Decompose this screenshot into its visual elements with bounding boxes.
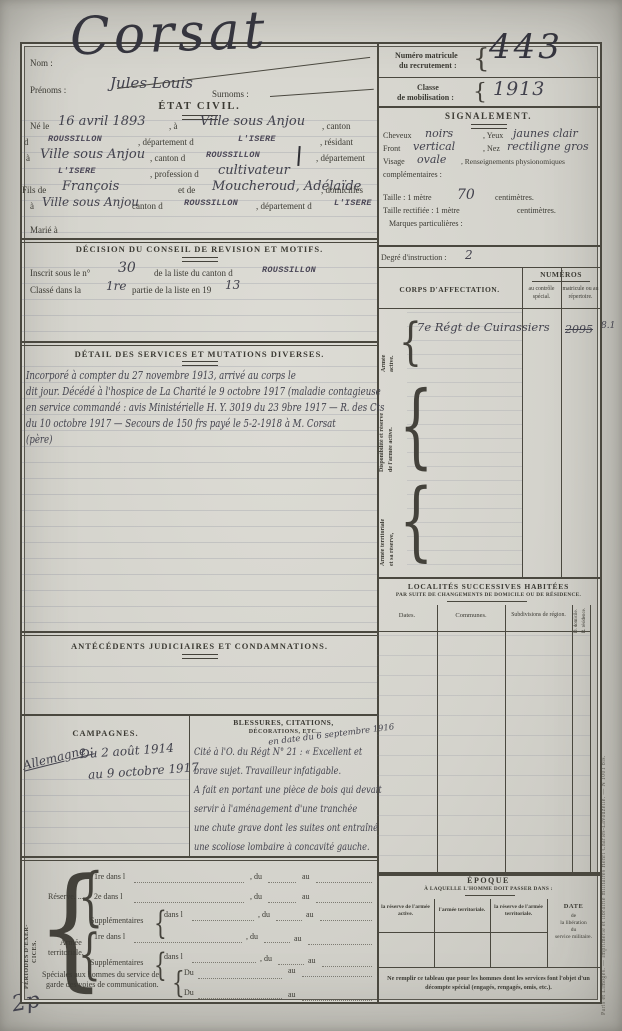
corps-affectation-section: NUMÉROS au contrôle spécial. matricule o… <box>377 268 600 579</box>
yeux-label: , Yeux <box>483 132 503 140</box>
canton-d-label: , canton d <box>150 154 185 163</box>
rule-line <box>270 89 374 97</box>
residant-label: , résidant <box>320 138 353 147</box>
decision-section: DÉCISION DU CONSEIL DE REVISION ET MOTIF… <box>22 243 377 342</box>
services-line: du 10 octobre 1917 — Secours de 150 frs … <box>26 418 336 429</box>
birth-date: 16 avril 1893 <box>58 115 146 128</box>
brace-icon: { <box>399 380 433 472</box>
signalement-section: SIGNALEMENT. Cheveux noirs , Yeux jaunes… <box>377 108 600 247</box>
reserve-2e-label: 2e dans l <box>94 893 122 901</box>
campagnes-section: CAMPAGNES. Allemagne : Du 2 août 1914 au… <box>22 715 190 857</box>
dans-l-label-2: dans l <box>164 953 183 961</box>
visage-value: ovale <box>417 154 446 165</box>
instruction-section: Degré d'instruction : 2 <box>377 247 600 268</box>
dans-l-label: dans l <box>164 911 183 919</box>
a-label: , à <box>169 122 178 131</box>
dotted-line <box>302 975 372 977</box>
canton-label: , canton <box>322 122 351 131</box>
au-label: au <box>294 935 302 943</box>
corps-entry: 7e Régt de Cuirassiers <box>417 322 550 334</box>
du-label: , du <box>250 893 262 901</box>
date-liberation-header-3: la libération <box>547 921 600 927</box>
table-header-divider <box>377 631 590 632</box>
dotted-line <box>134 941 242 943</box>
printer-imprint: Paris et Limoges. — Imprimerie et librai… <box>602 545 608 1015</box>
dotted-line <box>308 943 372 945</box>
table-column-divider <box>590 605 591 872</box>
marques-label: Marques particulières : <box>389 220 463 228</box>
cheveux-label: Cheveux <box>383 132 411 140</box>
date-liberation-header-1: DATE <box>547 904 600 911</box>
campagne-periode-debut: Du 2 août 1914 <box>80 742 175 761</box>
instruction-label: Degré d'instruction : <box>381 254 446 262</box>
section-top-border <box>377 874 600 876</box>
brace-icon: { <box>473 46 490 72</box>
dotted-line <box>198 977 282 979</box>
residence-place: Ville sous Anjou <box>40 148 145 161</box>
nom-label: Nom : <box>30 59 53 68</box>
nez-label: , Nez <box>483 145 500 153</box>
inscrit-label: Inscrit sous le n° <box>30 269 90 278</box>
inscrit-numero: 30 <box>118 261 136 275</box>
numero-matricule-label-1: Numéro matricule <box>395 52 458 60</box>
classe-suite-label: partie de la liste en 19 <box>132 286 211 295</box>
birth-place: Ville sous Anjou <box>200 115 305 128</box>
epoque-section: ÉPOQUE À LAQUELLE L'HOMME DOIT PASSER DA… <box>377 874 600 1002</box>
epoque-note: Ne remplir ce tableau que pour les homme… <box>383 974 594 993</box>
brace-icon: { <box>172 967 185 997</box>
territoriale-1re-label: 1re dans l <box>94 933 125 941</box>
visage-label: Visage <box>383 158 405 166</box>
ruled-lines <box>377 635 590 871</box>
numeros-header: NUMÉROS <box>522 271 600 279</box>
periodes-section: PÉRIODES D'EXER- CICES. { { Réserve. ...… <box>22 861 377 1002</box>
controle-special-header: au contrôle spécial. <box>523 286 560 302</box>
citation-line: une scoliose lombaire à concavité gauche… <box>194 843 370 853</box>
table-column-divider <box>522 268 523 577</box>
classe-partie: 1re <box>106 280 126 292</box>
au-label: au <box>302 893 310 901</box>
liste-canton-stamp: ROUSSILLON <box>262 266 316 275</box>
matricule-raye: 2095 <box>565 324 593 335</box>
campagnes-title: CAMPAGNES. <box>72 729 138 738</box>
numero-matricule-value: 443 <box>489 30 563 64</box>
header-swash <box>532 281 590 282</box>
title-underline <box>471 124 507 129</box>
du-label: , du <box>258 911 270 919</box>
territoriale-reserve-label: Armée territoriale <box>380 480 386 566</box>
decision-title: DÉCISION DU CONSEIL DE REVISION ET MOTIF… <box>76 245 324 254</box>
header-swash <box>447 601 527 602</box>
title-underline <box>182 361 218 366</box>
liste-canton-label: de la liste du canton d <box>154 269 233 278</box>
table-header-divider <box>377 932 547 933</box>
brace-icon: { <box>399 318 422 368</box>
speciales-label-1: Spéciales aux hommes du service de <box>42 971 159 979</box>
prenoms-value: Jules Louis <box>110 76 193 91</box>
taille-label: Taille : 1 mètre <box>383 194 432 202</box>
classe-value: 1913 <box>493 80 545 99</box>
epoque-title: ÉPOQUE <box>467 877 510 885</box>
au-label: au <box>288 991 296 999</box>
periodes-side-label: PÉRIODES D'EXER- <box>24 877 30 989</box>
dotted-line <box>264 941 290 943</box>
departement-d-label-2: , département d <box>256 202 312 211</box>
birth-departement-stamp: L'ISERE <box>238 135 276 144</box>
brace-icon: { <box>473 82 487 104</box>
surnoms-label: Surnoms : <box>212 90 249 99</box>
dotted-line <box>322 965 372 967</box>
numero-matricule-label-2: du recrutement : <box>399 62 457 70</box>
territoriale-label-2: territoriale. <box>48 949 84 957</box>
dotted-line <box>192 919 254 921</box>
domicile-place: Ville sous Anjou <box>42 196 139 208</box>
birth-canton-stamp: ROUSSILLON <box>48 135 102 144</box>
title-underline <box>182 257 218 262</box>
services-line: dit jour. Décédé à l'hospice de La Chari… <box>26 386 381 397</box>
nom-value: Corsat <box>69 5 269 64</box>
etat-civil-title: ÉTAT CIVIL. <box>158 102 240 113</box>
title-underline <box>182 654 218 659</box>
armee-active-label: Armée <box>381 326 387 372</box>
antecedents-section: ANTÉCÉDENTS JUDICIAIRES ET CONDAMNATIONS… <box>22 636 377 714</box>
dotted-line <box>198 997 282 999</box>
au-label: au <box>288 967 296 975</box>
dotted-line <box>134 901 244 903</box>
military-record-scan: 2p 8.1 Paris et Limoges. — Imprimerie et… <box>0 0 622 1031</box>
dates-column-header: Dates. <box>377 613 437 620</box>
du-maj-label: Du <box>184 969 194 977</box>
classe-label-2: de mobilisation : <box>397 94 454 102</box>
territoriale-reserve-label-2: et sa réserve, <box>389 480 395 566</box>
communes-column-header: Communes. <box>437 613 505 620</box>
territoriale-label-1: Armée <box>60 939 82 947</box>
reserve-label: Réserve. ... <box>48 893 84 901</box>
supplementaires-label-2: Supplémentaires <box>90 959 143 967</box>
dotted-line <box>268 881 296 883</box>
header-swash <box>465 895 515 896</box>
classe-dans-label: Classé dans la <box>30 286 81 295</box>
renseignements-label: , Renseignements physionomiques <box>461 158 565 166</box>
domicilies-label: , domiciliés <box>321 186 363 195</box>
residence-canton-stamp: ROUSSILLON <box>206 151 260 160</box>
epoque-subtitle: À LAQUELLE L'HOMME DOIT PASSER DANS : <box>424 887 553 892</box>
domicile-canton-stamp: ROUSSILLON <box>184 199 238 208</box>
reserve-active-column-header: la réserve de l'armée active. <box>378 904 433 919</box>
dotted-line <box>134 881 244 883</box>
date-liberation-header-5: service militaire. <box>547 935 600 941</box>
corps-affectation-header: CORPS D'AFFECTATION. <box>377 286 522 294</box>
residence-departement-stamp: L'ISERE <box>58 167 96 176</box>
matricule-header: Numéro matricule du recrutement : { 443 … <box>377 44 600 108</box>
cheveux-value: noirs <box>425 128 453 139</box>
brace-icon: { <box>399 478 433 564</box>
campagne-periode-fin: au 9 octobre 1917 <box>88 761 200 781</box>
signalement-title: SIGNALEMENT. <box>445 112 532 121</box>
citation-line: Cité à l'O. du Régt N° 21 : « Excellent … <box>194 748 362 758</box>
row-divider <box>377 77 600 78</box>
dotted-line <box>302 999 372 1001</box>
table-column-divider <box>561 268 562 577</box>
dotted-line <box>278 963 304 965</box>
father-name: François <box>62 180 119 193</box>
dotted-line <box>268 901 296 903</box>
au-label: au <box>308 957 316 965</box>
du-label: , du <box>260 955 272 963</box>
departement-d-label: , département d <box>138 138 194 147</box>
marie-label: Marié à <box>30 226 58 235</box>
profession-value: cultivateur <box>218 164 290 177</box>
margin-note: 8.1 <box>601 322 615 331</box>
localites-section: LOCALITÉS SUCCESSIVES HABITÉES PAR SUITE… <box>377 579 600 874</box>
citation-line: A fait en portant une pièce de bois qui … <box>194 786 382 796</box>
services-section: DÉTAIL DES SERVICES ET MUTATIONS DIVERSE… <box>22 346 377 631</box>
a-label-3: à <box>30 202 34 211</box>
ruled-lines <box>22 666 377 712</box>
date-liberation-header-4: du <box>547 928 600 934</box>
du-maj-label-2: Du <box>184 989 194 997</box>
fils-de-label: Fils de <box>22 186 46 195</box>
table-header-divider <box>377 308 600 309</box>
reserve-1re-label: 1re dans l <box>94 873 125 881</box>
etat-civil-section: ÉTAT CIVIL. Né le 16 avril 1893 , à Vill… <box>22 102 377 240</box>
taille-unit-label: centimètres. <box>495 194 534 202</box>
date-liberation-header-2: de <box>547 914 600 920</box>
citation-line: servir à l'aménagement d'une tranchée <box>194 805 357 815</box>
blessures-title: BLESSURES, CITATIONS, <box>233 719 333 727</box>
au-label: au <box>306 911 314 919</box>
services-line: (père) <box>26 434 52 445</box>
du-label: , du <box>250 873 262 881</box>
services-title: DÉTAIL DES SERVICES ET MUTATIONS DIVERSE… <box>75 350 325 359</box>
profession-label: , profession d <box>150 170 199 179</box>
d-label: d <box>24 138 29 147</box>
domicile-departement-stamp: L'ISERE <box>334 199 372 208</box>
dotted-line <box>316 881 372 883</box>
taille-rectifiee-unit: centimètres. <box>517 207 556 215</box>
antecedents-title: ANTÉCÉDENTS JUDICIAIRES ET CONDAMNATIONS… <box>71 642 328 651</box>
services-line: Incorporé à compter du 27 novembre 1913,… <box>26 370 296 381</box>
speciales-label-2: garde des voies de communication. <box>46 981 159 989</box>
dotted-line <box>276 919 302 921</box>
armee-territoriale-column-header: l'armée territoriale. <box>435 907 489 914</box>
services-line: en service commandé : avis Ministérielle… <box>26 402 384 413</box>
localites-subtitle: PAR SUITE DE CHANGEMENTS DE DOMICILE OU … <box>396 593 581 598</box>
nez-value: rectiligne gros <box>507 141 589 152</box>
blessures-section: BLESSURES, CITATIONS, DÉCORATIONS, ETC. … <box>190 715 377 857</box>
complementaires-label: complémentaires : <box>383 171 442 179</box>
front-label: Front <box>383 145 400 153</box>
departement-label-2: , département <box>316 154 365 163</box>
prenoms-label: Prénoms : <box>30 86 66 95</box>
classe-label-1: Classe <box>417 84 439 92</box>
localites-title: LOCALITÉS SUCCESSIVES HABITÉES <box>408 583 569 591</box>
dotted-line <box>192 961 256 963</box>
disponibilite-label-2: de l'armée active. <box>388 380 394 472</box>
taille-value: 70 <box>457 188 475 202</box>
citation-line: brave sujet. Travailleur infatigable. <box>194 767 341 777</box>
citation-line: une chute grave dont les suites ont entr… <box>194 824 378 834</box>
dotted-line <box>316 901 372 903</box>
canton-d-label-2: canton d <box>132 202 163 211</box>
classe-annee: 13 <box>225 279 240 291</box>
taille-rectifiee-label: Taille rectifiée : 1 mètre <box>383 207 460 215</box>
front-value: vertical <box>413 141 455 152</box>
yeux-value: jaunes clair <box>513 128 578 139</box>
ne-le-label: Né le <box>30 122 49 131</box>
form-frame: Nom : Corsat Prénoms : Jules Louis Surno… <box>20 42 602 1004</box>
a-label-2: à <box>26 154 30 163</box>
identity-header: Nom : Corsat Prénoms : Jules Louis Surno… <box>22 44 377 102</box>
au-label: au <box>302 873 310 881</box>
reserve-territoriale-column-header: la réserve de l'armée territoriale. <box>491 904 546 919</box>
matricule-repertoire-header: matricule ou au répertoire. <box>562 286 599 302</box>
dotted-line <box>320 919 372 921</box>
subdivisions-column-header: Subdivisions de région. <box>505 613 572 619</box>
disponibilite-label: Disponibilité et réserve <box>379 380 385 472</box>
du-label: , du <box>246 933 258 941</box>
instruction-value: 2 <box>465 249 473 261</box>
domicile-side-header: D. domicile. <box>575 607 580 633</box>
et-de-label: et de <box>178 186 195 195</box>
ruled-lines <box>22 779 189 853</box>
residence-side-header: R. résidence. <box>583 607 588 633</box>
armee-active-label-2: active. <box>389 326 395 372</box>
table-bottom-divider <box>377 967 600 968</box>
